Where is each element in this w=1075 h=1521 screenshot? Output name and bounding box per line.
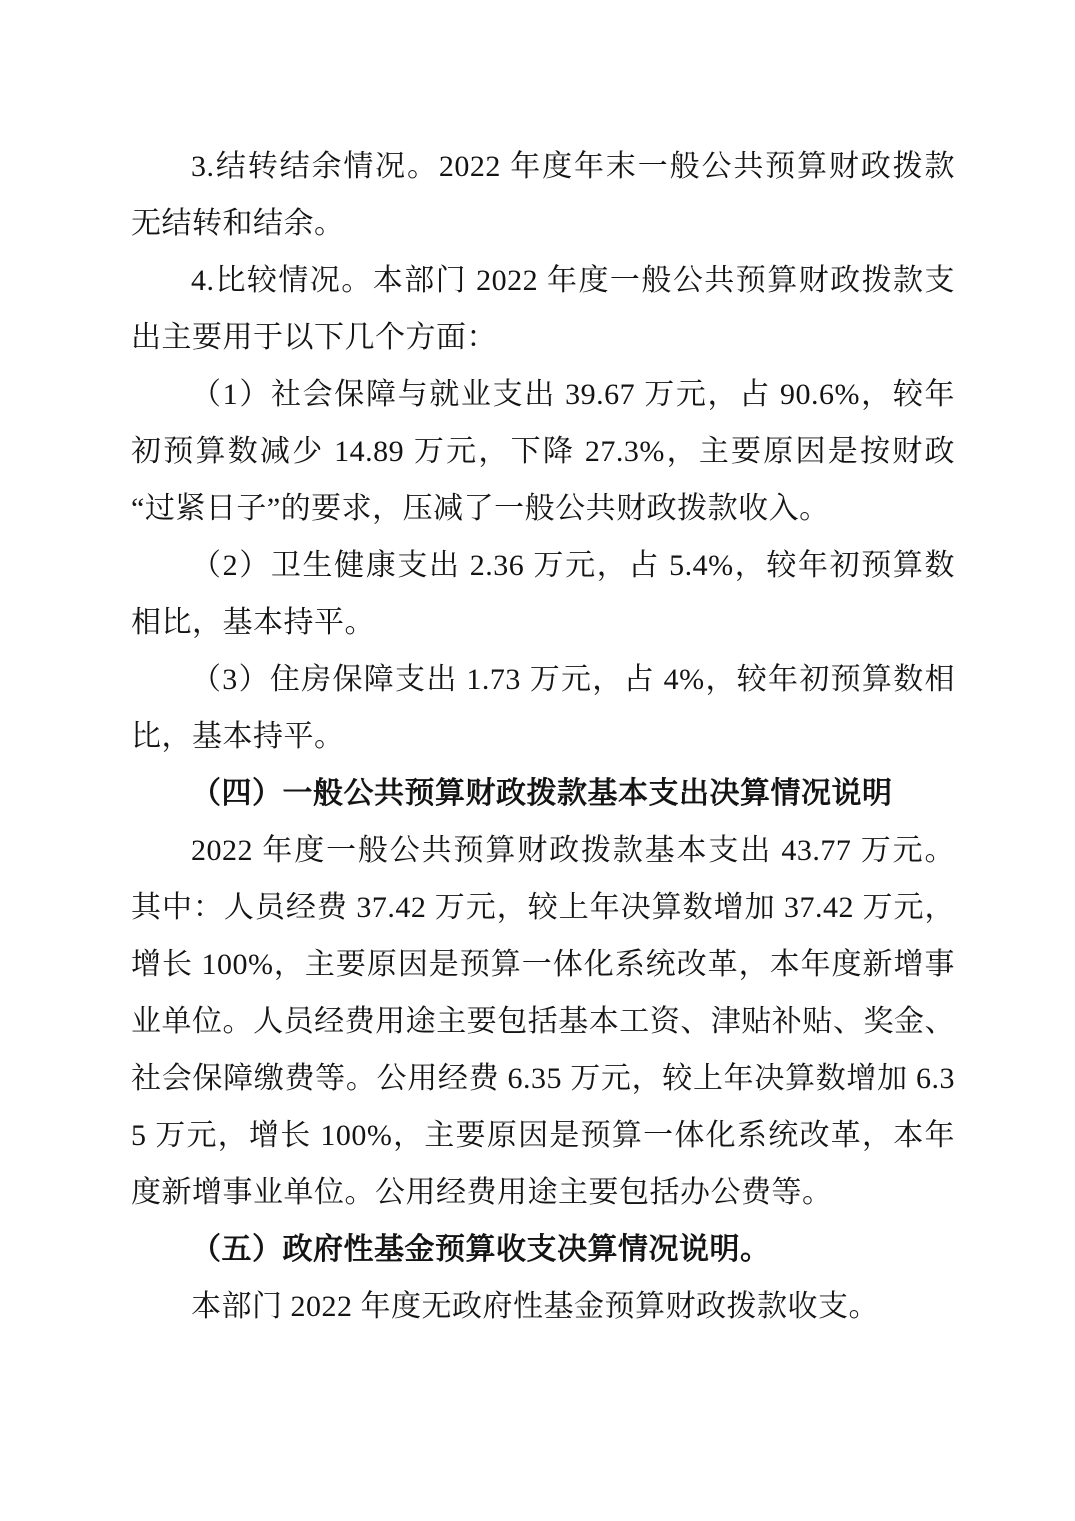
document-page: 3.结转结余情况。2022 年度年末一般公共预算财政拨款无结转和结余。 4.比较… bbox=[0, 0, 1075, 1521]
paragraph-basic-expenditure-detail: 2022 年度一般公共预算财政拨款基本支出 43.77 万元。其中：人员经费 3… bbox=[131, 822, 955, 1221]
paragraph-gov-fund-statement: 本部门 2022 年度无政府性基金预算财政拨款收支。 bbox=[131, 1278, 955, 1335]
paragraph-item-3-housing: （3）住房保障支出 1.73 万元，占 4%，较年初预算数相比，基本持平。 bbox=[131, 651, 955, 765]
paragraph-comparison-intro: 4.比较情况。本部门 2022 年度一般公共预算财政拨款支出主要用于以下几个方面… bbox=[131, 252, 955, 366]
document-body: 3.结转结余情况。2022 年度年末一般公共预算财政拨款无结转和结余。 4.比较… bbox=[131, 138, 955, 1335]
paragraph-item-2-health: （2）卫生健康支出 2.36 万元，占 5.4%，较年初预算数相比，基本持平。 bbox=[131, 537, 955, 651]
paragraph-item-1-social-security: （1）社会保障与就业支出 39.67 万元，占 90.6%，较年初预算数减少 1… bbox=[131, 366, 955, 537]
paragraph-carryover-balance: 3.结转结余情况。2022 年度年末一般公共预算财政拨款无结转和结余。 bbox=[131, 138, 955, 252]
heading-section-4: （四）一般公共预算财政拨款基本支出决算情况说明 bbox=[131, 765, 955, 822]
heading-section-5: （五）政府性基金预算收支决算情况说明。 bbox=[131, 1221, 955, 1278]
